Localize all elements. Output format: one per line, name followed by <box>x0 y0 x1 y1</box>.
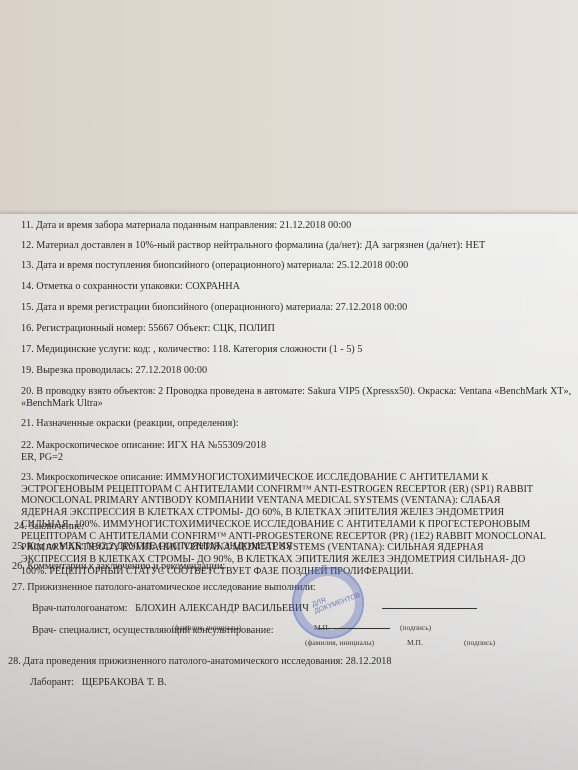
pathologist-caption-sign: (подпись) <box>400 622 431 634</box>
field-19: 19. Вырезка проводилась: 27.12.2018 00:0… <box>21 365 207 377</box>
field-21: 21. Назначенные окраски (реакции, опреде… <box>21 418 239 430</box>
field-20-cont: «BenchMark Ultra» <box>21 398 103 410</box>
stamp-text: ДЛЯ ДОКУМЕНТОВ <box>311 585 363 615</box>
item-text: Макроскопическое описание: ИГХ НА №55309… <box>36 440 266 451</box>
consultant-caption-mp: М.П. <box>407 637 423 649</box>
item-number: 26. <box>12 561 25 572</box>
item-text: Медицинские услуги: код: , количество: 1 <box>36 344 217 355</box>
item-text: Заключение: <box>29 521 84 532</box>
item-number: 12. <box>21 240 34 251</box>
pathologist-row: Врач-патологоанатом: БЛОХИН АЛЕКСАНДР ВА… <box>32 603 309 615</box>
item-text: Вырезка проводилась: 27.12.2018 00:00 <box>36 365 207 376</box>
table-surface <box>0 0 578 216</box>
pathologist-label: Врач-патологоанатом: <box>32 603 127 614</box>
field-11: 11. Дата и время забора материала поданн… <box>21 220 351 232</box>
pathologist-name: БЛОХИН АЛЕКСАНДР ВАСИЛЬЕВИЧ <box>135 603 309 614</box>
lab-row: Лаборант: ЩЕРБАКОВА Т. В. <box>30 677 167 689</box>
item-text: Дата проведения прижизненного патолого-а… <box>23 656 391 667</box>
item-text: Дата и время регистрации биопсийного (оп… <box>36 302 407 313</box>
consultant-name-line <box>318 628 390 629</box>
field-16: 16. Регистрационный номер: 55667 Объект:… <box>21 323 275 335</box>
item-number: 20. <box>21 386 34 397</box>
field-13: 13. Дата и время поступления биопсийного… <box>21 260 408 272</box>
item-number: 23. <box>21 472 34 483</box>
item-text: «BenchMark Ultra» <box>21 398 103 409</box>
item-number: 11. <box>21 220 33 231</box>
consultant-caption-sign: (подпись) <box>464 637 495 649</box>
field-22-cont: ER, PG=2 <box>21 452 63 464</box>
item-number: 18. <box>218 344 231 355</box>
item-text: Назначенные окраски (реакции, определени… <box>36 418 238 429</box>
field-25: 25. Код по МКБ: N 92.2 ДРУГИЕ СОСТОЯНИЯ … <box>12 541 293 553</box>
item-text: Прижизненное патолого-анатомическое иссл… <box>27 582 315 593</box>
field-24: 24. Заключение: <box>14 521 84 533</box>
item-number: 14. <box>21 281 34 292</box>
item-number: 22. <box>21 440 34 451</box>
consultant-caption-name: (фамилия, инициалы) <box>305 637 374 649</box>
item-number: 28. <box>8 656 21 667</box>
item-text: Отметка о сохранности упаковки: СОХРАННА <box>36 281 240 292</box>
consultant-row: Врач- специалист, осуществляющий консуль… <box>32 625 274 637</box>
field-22: 22. Макроскопическое описание: ИГХ НА №5… <box>21 440 266 452</box>
field-15: 15. Дата и время регистрации биопсийного… <box>21 302 407 314</box>
item-text: Регистрационный номер: 55667 Объект: СЦК… <box>36 323 275 334</box>
lab-name: ЩЕРБАКОВА Т. В. <box>82 677 167 688</box>
item-text: В проводку взято объектов: 2 Проводка пр… <box>36 386 571 397</box>
consultant-label: Врач- специалист, осуществляющий консуль… <box>32 625 274 636</box>
field-20: 20. В проводку взято объектов: 2 Проводк… <box>21 386 571 398</box>
field-28: 28. Дата проведения прижизненного патоло… <box>8 656 392 668</box>
lab-label: Лаборант: <box>30 677 74 688</box>
field-27: 27. Прижизненное патолого-анатомическое … <box>12 582 316 594</box>
field-17: 17. Медицинские услуги: код: , количеств… <box>21 344 217 356</box>
item-text: Комментарии к заключению и рекомендации: <box>27 561 225 572</box>
item-number: 13. <box>21 260 34 271</box>
item-number: 24. <box>14 521 27 532</box>
item-text: ER, PG=2 <box>21 452 63 463</box>
field-12: 12. Материал доставлен в 10%-ный раствор… <box>21 240 485 252</box>
field-26: 26. Комментарии к заключению и рекоменда… <box>12 561 225 573</box>
item-number: 27. <box>12 582 25 593</box>
pathologist-signature-line <box>382 608 477 609</box>
item-text: Код по МКБ: N 92.2 ДРУГИЕ СОСТОЯНИЯ ЭНДО… <box>27 541 292 552</box>
item-text: Материал доставлен в 10%-ный раствор ней… <box>36 240 485 251</box>
item-number: 15. <box>21 302 34 313</box>
item-number: 19. <box>21 365 34 376</box>
item-number: 25. <box>12 541 25 552</box>
item-text: Дата и время поступления биопсийного (оп… <box>36 260 408 271</box>
item-text: Дата и время забора материала поданным н… <box>36 220 351 231</box>
field-14: 14. Отметка о сохранности упаковки: СОХР… <box>21 281 240 293</box>
item-number: 21. <box>21 418 34 429</box>
item-number: 17. <box>21 344 34 355</box>
item-text: Категория сложности (1 - 5) 5 <box>233 344 362 355</box>
item-number: 16. <box>21 323 34 334</box>
field-18: 18. Категория сложности (1 - 5) 5 <box>218 344 362 356</box>
